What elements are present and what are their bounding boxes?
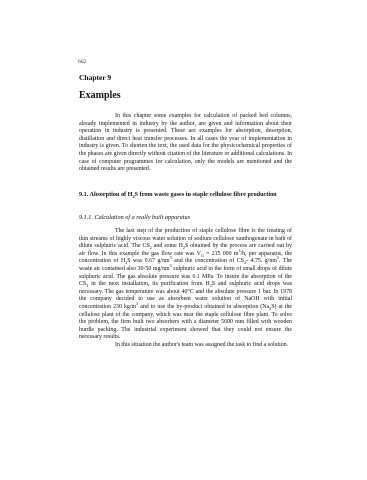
- document-page: 662 Chapter 9 Examples In this chapter s…: [0, 0, 367, 480]
- text-run: in the next installation, its purificati…: [88, 281, 209, 287]
- text-run: and to use the by-product obtained in ab…: [138, 304, 269, 310]
- text-run: and the concentration of CS: [172, 258, 244, 264]
- intro-section: In this chapter some examples for calcul…: [79, 113, 292, 174]
- chapter-title: Examples: [79, 90, 121, 101]
- chapter-label: Chapter 9: [79, 73, 111, 82]
- section-heading: 9.1. Absorption of H2S from waste gases …: [79, 191, 277, 198]
- body-paragraph-3: In this situation the author's team was …: [79, 342, 292, 350]
- page-number: 662: [78, 59, 86, 65]
- text-run: and some H: [152, 243, 183, 249]
- text-run: = 215 000 m: [204, 251, 239, 257]
- text-run: - 4.75. g/nm: [246, 258, 277, 264]
- body-paragraph-2: The last step of the production of stapl…: [79, 228, 292, 342]
- intro-paragraph: In this chapter some examples for calcul…: [79, 113, 292, 174]
- main-section: The last step of the production of stapl…: [79, 228, 292, 350]
- subsection-heading: 9.1.1. Calculation of a really built app…: [79, 214, 190, 221]
- section-heading-prefix: 9.1. Absorption of H: [79, 191, 132, 198]
- text-run: S was 0.67 g/nm: [127, 258, 169, 264]
- section-heading-suffix: S from waste gases in staple cellulose f…: [135, 191, 277, 198]
